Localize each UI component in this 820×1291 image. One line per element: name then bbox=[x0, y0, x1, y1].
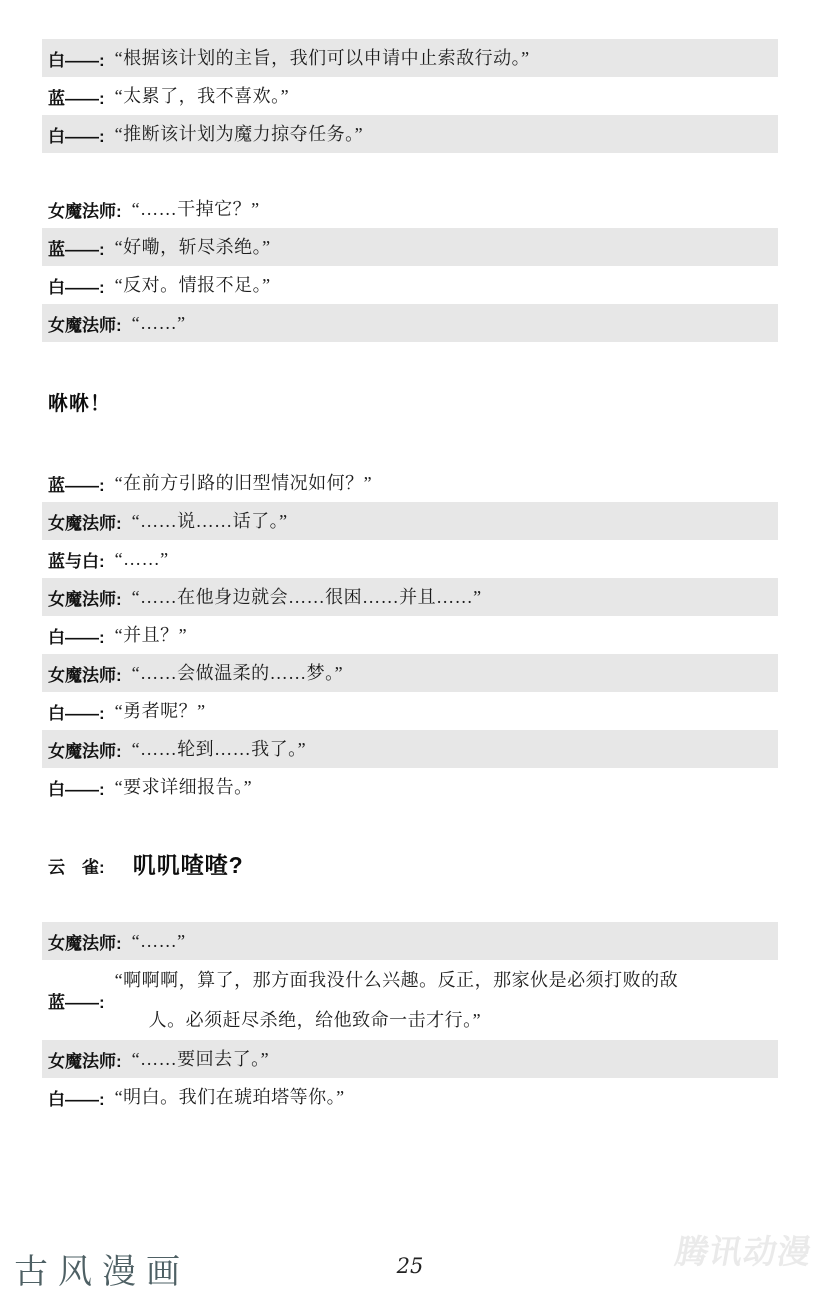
dialogue-row: 白——:“明白。我们在琥珀塔等你。” bbox=[42, 1078, 778, 1116]
bird-call-heading: 云 雀:叽叽喳喳? bbox=[48, 847, 778, 880]
dialogue-row: 女魔法师:“……在他身边就会……很困……并且……” bbox=[42, 578, 778, 616]
dialogue-row: 蓝——:“太累了，我不喜欢。” bbox=[42, 77, 778, 115]
dialogue-group: 白——:“根据该计划的主旨，我们可以申请中止索敌行动。”蓝——:“太累了，我不喜… bbox=[42, 39, 778, 153]
dialogue-row: 白——:“反对。情报不足。” bbox=[42, 266, 778, 304]
speaker-label: 蓝——: bbox=[48, 235, 105, 260]
speaker-label: 白——: bbox=[48, 46, 105, 71]
speaker-label: 女魔法师: bbox=[48, 509, 122, 534]
dialogue-row: 白——:“推断该计划为魔力掠夺任务。” bbox=[42, 115, 778, 153]
speaker-label: 蓝——: bbox=[48, 471, 105, 496]
speaker-label: 白——: bbox=[48, 699, 105, 724]
dialogue-text: “在前方引路的旧型情况如何？” bbox=[115, 471, 372, 495]
speaker-label: 白——: bbox=[48, 623, 105, 648]
speaker-label: 女魔法师: bbox=[48, 1047, 122, 1072]
dialogue-group: 蓝——:“在前方引路的旧型情况如何？”女魔法师:“……说……话了。”蓝与白:“…… bbox=[42, 464, 778, 806]
dialogue-row: 蓝——:“好嘞，斩尽杀绝。” bbox=[42, 228, 778, 266]
dialogue-row: 女魔法师:“……说……话了。” bbox=[42, 502, 778, 540]
speaker-label: 女魔法师: bbox=[48, 737, 122, 762]
speaker-label: 女魔法师: bbox=[48, 197, 122, 222]
dialogue-row: 白——:“根据该计划的主旨，我们可以申请中止索敌行动。” bbox=[42, 39, 778, 77]
speaker-label: 蓝与白: bbox=[48, 547, 105, 572]
speaker-label: 白——: bbox=[48, 122, 105, 147]
speaker-label: 女魔法师: bbox=[48, 585, 122, 610]
dialogue-row: 蓝与白:“……” bbox=[42, 540, 778, 578]
speaker-label: 女魔法师: bbox=[48, 661, 122, 686]
document-page: 白——:“根据该计划的主旨，我们可以申请中止索敌行动。”蓝——:“太累了，我不喜… bbox=[0, 0, 820, 1291]
dialogue-text: “……” bbox=[132, 929, 186, 953]
dialogue-text: “……要回去了。” bbox=[132, 1047, 269, 1071]
speaker-label: 女魔法师: bbox=[48, 929, 122, 954]
sfx-text: 咻咻！ bbox=[48, 393, 111, 415]
speaker-label: 白——: bbox=[48, 273, 105, 298]
speaker-label: 白——: bbox=[48, 1085, 105, 1110]
dialogue-group: 女魔法师:“……”蓝——:“啊啊啊，算了，那方面我没什么兴趣。反正，那家伙是必须… bbox=[42, 922, 778, 1116]
dialogue-text: “要求详细报告。” bbox=[115, 775, 252, 799]
dialogue-row: 女魔法师:“……” bbox=[42, 922, 778, 960]
dialogue-text-line1: “啊啊啊，算了，那方面我没什么兴趣。反正，那家伙是必须打败的敌 bbox=[115, 960, 679, 1000]
dialogue-row: 女魔法师:“……干掉它？” bbox=[42, 190, 778, 228]
dialogue-row: 女魔法师:“……会做温柔的……梦。” bbox=[42, 654, 778, 692]
dialogue-text: “……轮到……我了。” bbox=[132, 737, 306, 761]
dialogue-row: 蓝——:“在前方引路的旧型情况如何？” bbox=[42, 464, 778, 502]
dialogue-text: “……在他身边就会……很困……并且……” bbox=[132, 585, 482, 609]
dialogue-text: “并且？” bbox=[115, 623, 187, 647]
dialogue-text: “……干掉它？” bbox=[132, 197, 260, 221]
speaker-label: 女魔法师: bbox=[48, 311, 122, 336]
dialogue-text-line2: 人。必须赶尽杀绝，给他致命一击才行。” bbox=[149, 1000, 679, 1040]
dialogue-text: “勇者呢？” bbox=[115, 699, 206, 723]
speaker-label: 云 雀: bbox=[48, 853, 105, 878]
watermark-logo: 腾讯动漫 bbox=[672, 1226, 816, 1273]
dialogue-text: “推断该计划为魔力掠夺任务。” bbox=[115, 122, 363, 146]
dialogue-text: “太累了，我不喜欢。” bbox=[115, 84, 289, 108]
dialogue-text: “根据该计划的主旨，我们可以申请中止索敌行动。” bbox=[115, 46, 530, 70]
dialogue-text: “明白。我们在琥珀塔等你。” bbox=[115, 1085, 345, 1109]
dialogue-row: 女魔法师:“……轮到……我了。” bbox=[42, 730, 778, 768]
bird-call-text: 叽叽喳喳? bbox=[133, 847, 244, 880]
speaker-label: 蓝——: bbox=[48, 84, 105, 109]
dialogue-text: “反对。情报不足。” bbox=[115, 273, 271, 297]
dialogue-row: 白——:“并且？” bbox=[42, 616, 778, 654]
sfx-heading: 咻咻！ bbox=[48, 387, 778, 416]
dialogue-row: 白——:“要求详细报告。” bbox=[42, 768, 778, 806]
dialogue-row: 蓝——:“啊啊啊，算了，那方面我没什么兴趣。反正，那家伙是必须打败的敌人。必须赶… bbox=[42, 960, 778, 1040]
dialogue-text: “好嘞，斩尽杀绝。” bbox=[115, 235, 271, 259]
dialogue-row: 女魔法师:“……” bbox=[42, 304, 778, 342]
dialogue-text: “……会做温柔的……梦。” bbox=[132, 661, 343, 685]
script-area: 白——:“根据该计划的主旨，我们可以申请中止索敌行动。”蓝——:“太累了，我不喜… bbox=[42, 39, 778, 1116]
dialogue-text: “啊啊啊，算了，那方面我没什么兴趣。反正，那家伙是必须打败的敌人。必须赶尽杀绝，… bbox=[115, 960, 679, 1040]
speaker-label: 白——: bbox=[48, 775, 105, 800]
speaker-label: 蓝——: bbox=[48, 988, 105, 1013]
dialogue-text: “……说……话了。” bbox=[132, 509, 288, 533]
dialogue-text: “……” bbox=[132, 311, 186, 335]
dialogue-row: 白——:“勇者呢？” bbox=[42, 692, 778, 730]
dialogue-row: 女魔法师:“……要回去了。” bbox=[42, 1040, 778, 1078]
dialogue-text: “……” bbox=[115, 547, 169, 571]
dialogue-group: 女魔法师:“……干掉它？”蓝——:“好嘞，斩尽杀绝。”白——:“反对。情报不足。… bbox=[42, 190, 778, 342]
